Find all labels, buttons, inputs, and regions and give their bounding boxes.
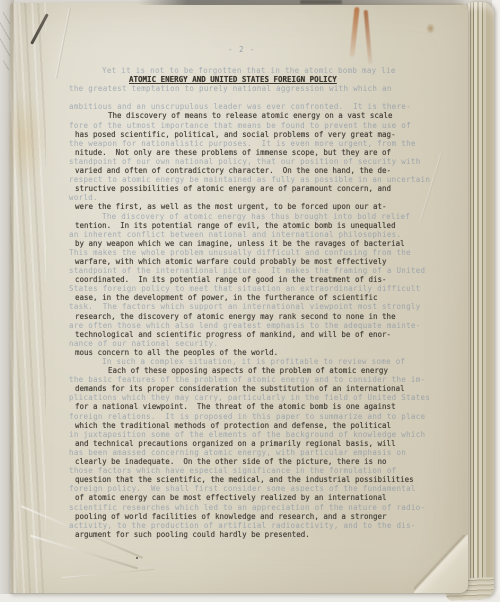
document-text-line: pooling of world facilities of knowledge… (75, 512, 457, 521)
stain-spot (426, 23, 435, 34)
document-text-line: which the traditional methods of protect… (75, 421, 457, 430)
document-text-line: demands for its proper consideration the… (75, 384, 457, 393)
crease (30, 535, 138, 570)
document-text-line: tention. In its potential range of evil,… (75, 221, 457, 230)
document-text-line: structive possibilities of atomic energy… (75, 184, 457, 193)
document-text-line: question that the scientific, the medica… (75, 475, 457, 484)
typed-text-block: Yet it is not to be forgotten that in th… (75, 66, 457, 539)
ghost-text-line: task. The factors which support an inter… (69, 302, 451, 311)
document-text-line: The discovery of means to release atomic… (75, 111, 457, 120)
ghost-text-line: activity, to the production of artificia… (69, 521, 451, 530)
document-text-line: for a national viewpoint. The threat of … (75, 402, 457, 411)
ghost-text-line: fore of the utmost importance that means… (69, 121, 451, 130)
document-text-line: Each of these opposing aspects of the pr… (75, 366, 457, 375)
ghost-text-line: those factors which have especial signif… (69, 466, 451, 475)
blank-line (75, 93, 457, 102)
ghost-text-line: nance of our national security. (69, 339, 451, 348)
ghost-text-line: world. (69, 193, 451, 202)
document-text-line: coordinated. In its potential range of g… (75, 275, 457, 284)
ghost-text-line: scientific researches which led to an ap… (69, 503, 451, 512)
rust-stain (349, 7, 359, 57)
document-text-line: of atomic energy can be most effectively… (75, 493, 457, 502)
document-text-line: technological and scientific progress of… (75, 330, 457, 339)
ghost-text-line: the basic features of the problem of ato… (69, 375, 451, 384)
ghost-text-line: States foreign policy to meet that situa… (69, 284, 451, 293)
document-page: - 2 - Yet it is not to be forgotten that… (10, 3, 468, 593)
document-text-line: research, the discovery of atomic energy… (75, 312, 457, 321)
ghost-text-line: has been amassed concerning atomic energ… (69, 448, 451, 457)
ink-speck (136, 557, 138, 559)
document-text-line: ease, in the development of power, in th… (75, 293, 457, 302)
document-text-line: mous concern to all the peoples of the w… (75, 348, 457, 357)
ghost-text-line: foreign relations. It is proposed in thi… (69, 412, 451, 421)
ghost-text-line: standpoint of the international picture.… (69, 266, 451, 275)
ghost-text-line: The discovery of atomic energy has thus … (69, 212, 451, 221)
crease (62, 569, 154, 578)
ghost-text-line: in juxtaposition some of the elements of… (69, 430, 451, 439)
ghost-text-line: the greatest temptation to purely nation… (69, 84, 451, 93)
document-text-line: varied and often of contradictory charac… (75, 166, 457, 175)
document-text-line: clearly be inadequate. On the other side… (75, 457, 457, 466)
document-text-line: by any weapon which we can imagine, unle… (75, 239, 457, 248)
ghost-text-line: plications which they may carry, particu… (69, 393, 451, 402)
document-text-line: has posed scientific, political, and soc… (75, 130, 457, 139)
age-stain (4, 91, 46, 187)
document-text-line: warfare, with which atomic warfare could… (75, 257, 457, 266)
ghost-text-line: foreign policy. We shall first consider … (69, 484, 451, 493)
document-text-line: were the first, as well as the most urge… (75, 202, 457, 211)
document-text-line: and technical precautions organized on a… (75, 439, 457, 448)
ghost-text-line: standpoint of our own national policy, t… (69, 157, 451, 166)
ghost-text-line: an inherent conflict between national an… (69, 230, 451, 239)
ghost-text-line: the weapon for nationalistic purposes. I… (69, 139, 451, 148)
page-number: - 2 - (228, 45, 256, 54)
scanner-background-bottom (0, 594, 500, 602)
rust-stain (364, 10, 373, 64)
ghost-text-line: are often those which also lend greatest… (69, 321, 451, 330)
page-stack-edge (464, 2, 494, 598)
document-title: ATOMIC ENERGY AND UNITED STATES FOREIGN … (75, 75, 457, 84)
ghost-text-line: This makes the whole problem unusually d… (69, 248, 451, 257)
corner-fold (414, 535, 468, 593)
document-text-line: nitude. Not only are these problems of i… (75, 148, 457, 157)
ghost-text-line: In such a complex situation, it is profi… (69, 357, 451, 366)
ghost-text-line: respect to atomic energy be maintained a… (69, 175, 451, 184)
scanned-document: - 2 - Yet it is not to be forgotten that… (0, 0, 500, 602)
document-text-line: argument for such pooling could hardly b… (75, 530, 457, 539)
ghost-text-line: Yet it is not to be forgotten that in th… (69, 66, 451, 75)
ghost-text-line: ambitious and an unscrupulous leader was… (69, 102, 451, 111)
top-edge-smudge (300, 0, 342, 4)
